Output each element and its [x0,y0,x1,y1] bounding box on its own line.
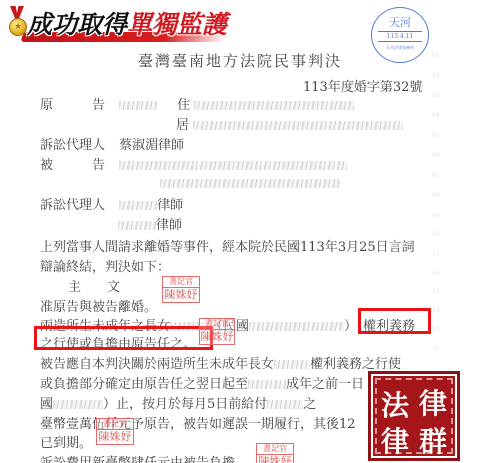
redacted-date [53,400,103,409]
redacted-address [119,161,347,170]
redacted-name [267,400,303,409]
party-plaintiff: 原 告 住 [40,94,354,113]
intro-line-2: 辯論終結，判決如下： [40,256,170,275]
defendant-counsel-1: 訴訟代理人 律師 [40,194,183,213]
redacted-address [193,121,403,130]
clerk-seal: 書記官 陳姝妤 [199,318,235,345]
document-title: 臺灣臺南地方法院民事判決 [138,50,342,71]
redacted-address [160,179,340,188]
case-number: 113年度婚字第32號 [303,76,422,95]
ruling-divorce: 准原告與被告離婚。 [40,296,157,315]
redacted-name [118,221,156,230]
clerk-seal: 書記官 陳姝妤 [162,276,200,303]
ruling-costs: 訴訟費用新臺幣肆仟元由被告負擔。 [40,452,248,463]
medal-icon: ★ [9,18,27,36]
redacted-name [119,201,157,210]
party-defendant-address2 [160,176,340,191]
highlight-box-1 [358,308,431,334]
redacted-name [119,101,157,110]
law-firm-logo: 法 律 律 群 [368,371,460,461]
main-heading: 主 文 [68,276,120,295]
redacted-birthdate [249,322,344,331]
highlight-box-2 [34,326,213,350]
ruling-support-line4: 臺幣壹萬伍仟元予原告，被告如遲誤一期履行，其後12 [40,413,356,432]
intro-line-1: 上列當事人間請求離婚等事件，經本院於民國113年3月25日言詞 [40,236,415,255]
redacted-name [248,380,286,389]
plaintiff-counsel: 訴訟代理人 蔡淑湄律師 [40,134,184,153]
party-defendant: 被 告 [40,154,347,173]
ruling-support-line1: 被告應自本判決關於兩造所生未成年長女權利義務之行使 [40,353,401,372]
promo-banner: ★ 成功取得單獨監護 [0,0,300,48]
clerk-seal: 書記官 陳姝妤 [96,418,134,445]
ruling-support-line2: 或負擔部分確定由原告任之翌日起至成年之前一日 [40,373,364,392]
party-plaintiff-residence: 居 [176,114,403,133]
redacted-address [194,101,354,110]
receipt-stamp: 天河 113 4.11 天河法律事務所 [371,7,429,63]
clerk-seal: 書記官 陳姝妤 [256,443,294,463]
defendant-counsel-2: 律師 [118,214,182,233]
banner-headline: 成功取得單獨監護 [27,5,227,41]
ruling-support-line5: 已到期。 [40,432,92,451]
ruling-support-line3: 國）止，按月於每月5日前給付之 [40,393,316,412]
redacted-name [274,360,310,369]
